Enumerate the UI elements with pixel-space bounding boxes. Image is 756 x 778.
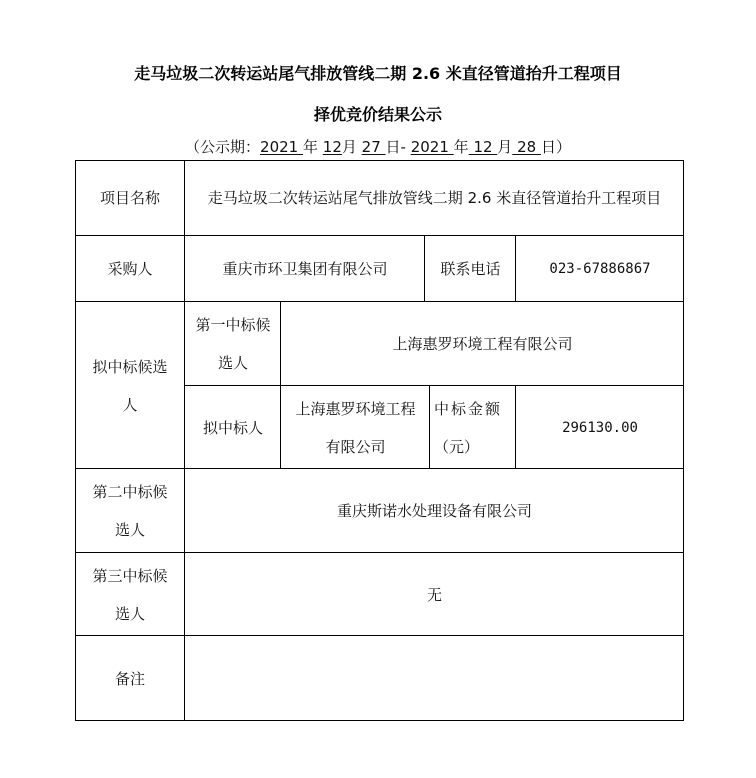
first-candidate-label-line2: 选人: [195, 344, 270, 382]
remarks-value: [185, 636, 684, 721]
end-month: 12: [469, 138, 498, 156]
third-candidate-label: 第三中标候 选人: [75, 553, 185, 636]
winner-value-line1: 上海惠罗环境工程: [295, 390, 415, 428]
winner-value: 上海惠罗环境工程 有限公司: [281, 386, 430, 469]
day-label: 日-: [386, 138, 411, 156]
proposed-winner-label-line1: 拟中标候选: [92, 348, 167, 386]
start-month: 12: [323, 138, 342, 156]
first-candidate-label: 第一中标候 选人: [185, 302, 281, 386]
end-day: 28: [512, 138, 541, 156]
amount-label-line2: （元）: [434, 428, 502, 466]
third-candidate-value: 无: [185, 553, 684, 636]
phone-value: 023-67886867: [516, 236, 684, 302]
second-candidate-value: 重庆斯诺水处理设备有限公司: [185, 469, 684, 553]
first-candidate-label-line1: 第一中标候: [195, 306, 270, 344]
second-candidate-label: 第二中标候 选人: [75, 469, 185, 553]
project-name-value: 走马垃圾二次转运站尾气排放管线二期 2.6 米直径管道抬升工程项目: [185, 160, 684, 236]
first-candidate-value: 上海惠罗环境工程有限公司: [281, 302, 684, 386]
day-label: 日）: [541, 138, 571, 156]
purchaser-label: 采购人: [75, 236, 185, 302]
document-title: 走马垃圾二次转运站尾气排放管线二期 2.6 米直径管道抬升工程项目: [0, 61, 756, 84]
year-label: 年: [454, 138, 469, 156]
document-subtitle: 择优竞价结果公示: [0, 102, 756, 125]
proposed-winner-label: 拟中标候选 人: [75, 302, 185, 469]
second-candidate-label-line1: 第二中标候: [92, 473, 167, 511]
month-label: 月: [342, 138, 362, 156]
purchaser-value: 重庆市环卫集团有限公司: [185, 236, 425, 302]
month-label: 月: [497, 138, 512, 156]
amount-value: 296130.00: [516, 386, 684, 469]
end-year: 2021: [411, 138, 454, 156]
third-candidate-label-line1: 第三中标候: [92, 557, 167, 595]
publicity-period: （公示期：2021 年 12月 27 日- 2021 年 12 月 28 日）: [0, 136, 756, 157]
amount-label-line1: 中标金额: [434, 390, 502, 428]
winner-value-line2: 有限公司: [295, 428, 415, 466]
start-year: 2021: [260, 138, 303, 156]
remarks-label: 备注: [75, 636, 185, 721]
amount-label: 中标金额 （元）: [430, 386, 516, 469]
winner-label: 拟中标人: [185, 386, 281, 469]
third-candidate-label-line2: 选人: [92, 595, 167, 633]
second-candidate-label-line2: 选人: [92, 511, 167, 549]
proposed-winner-label-line2: 人: [92, 386, 167, 424]
result-table: 项目名称 走马垃圾二次转运站尾气排放管线二期 2.6 米直径管道抬升工程项目 采…: [75, 160, 684, 721]
start-day: 27: [362, 138, 386, 156]
period-prefix: （公示期：: [185, 138, 260, 156]
project-name-label: 项目名称: [75, 160, 185, 236]
year-label: 年: [303, 138, 323, 156]
phone-label: 联系电话: [425, 236, 516, 302]
